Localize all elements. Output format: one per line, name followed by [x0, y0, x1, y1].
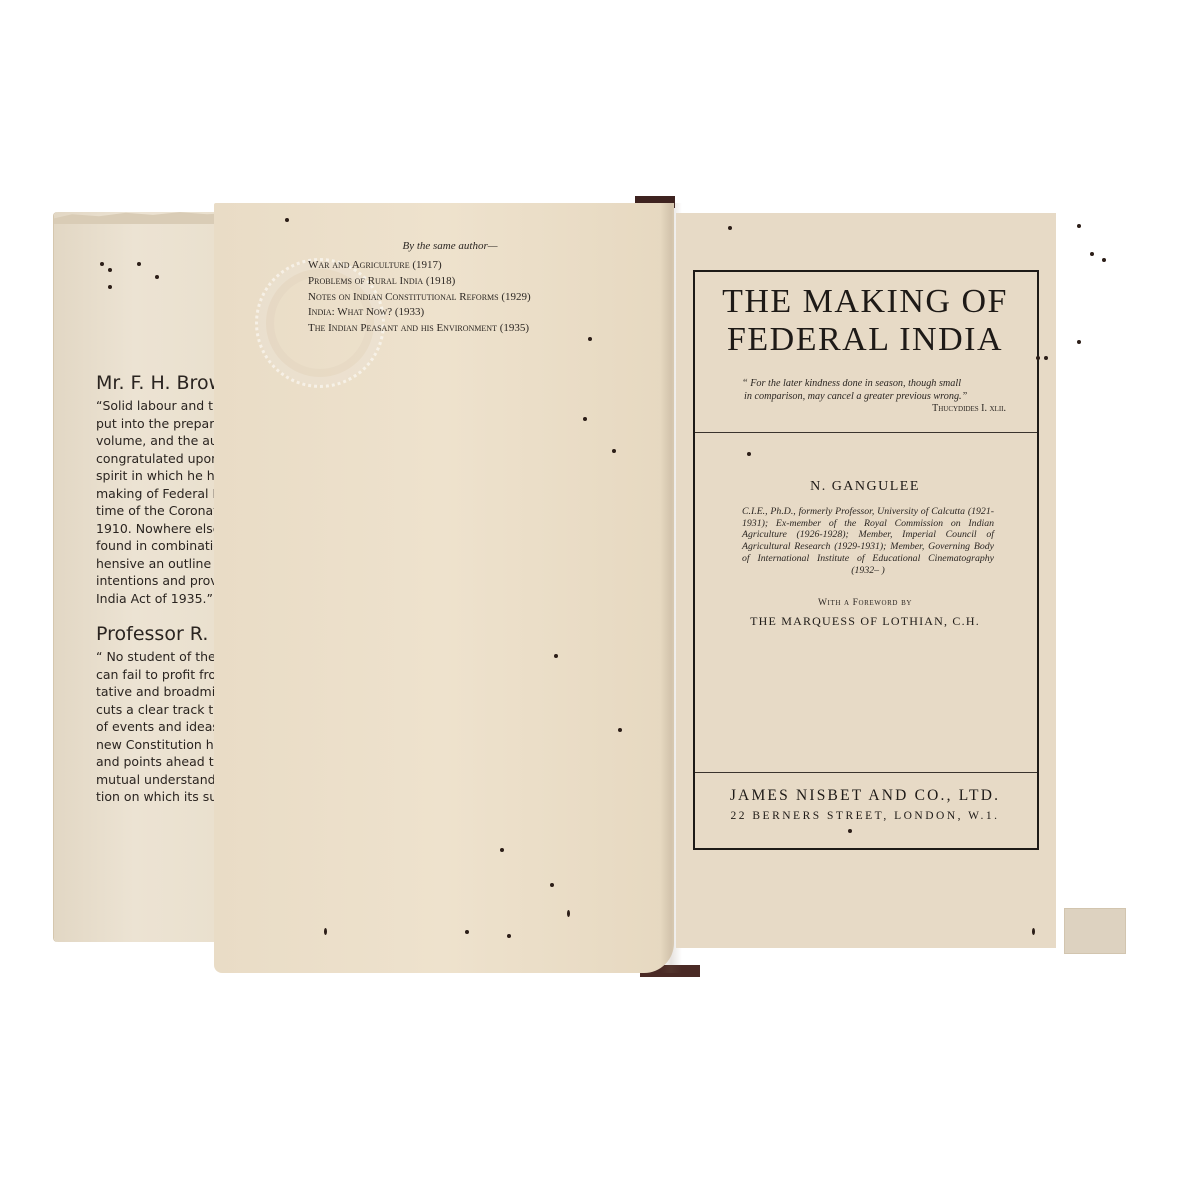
foxing-spot [1032, 928, 1035, 935]
list-item: Problems of Rural India (1918) [308, 274, 578, 290]
foxing-spot [1077, 340, 1081, 344]
foxing-spot [728, 226, 732, 230]
foxing-spot [100, 262, 104, 266]
book-title: THE MAKING OF FEDERAL INDIA [700, 283, 1030, 359]
list-item: War and Agriculture (1917) [308, 258, 578, 274]
foxing-spot [1044, 356, 1048, 360]
foxing-spot [108, 268, 112, 272]
foreword-label: With a Foreword by [700, 598, 1030, 608]
foxing-spot [554, 654, 558, 658]
sticker-residue [1064, 908, 1126, 954]
author-credentials: C.I.E., Ph.D., formerly Professor, Unive… [742, 506, 994, 576]
title-line-1: THE MAKING OF [700, 283, 1030, 321]
epigraph-line: “ For the later kindness done in season,… [728, 378, 1018, 391]
foxing-spot [747, 452, 751, 456]
divider [695, 432, 1037, 433]
foxing-spot [848, 829, 852, 833]
foxing-spot [588, 337, 592, 341]
list-heading: By the same author— [308, 240, 578, 252]
foxing-spot [500, 848, 504, 852]
foreword-author: THE MARQUESS OF LOTHIAN, C.H. [700, 614, 1030, 629]
foxing-spot [324, 928, 327, 935]
epigraph: “ For the later kindness done in season,… [728, 378, 1018, 416]
foxing-spot [465, 930, 469, 934]
foxing-spot [137, 262, 141, 266]
publisher-address: 22 BERNERS STREET, LONDON, W.1. [700, 810, 1030, 822]
foxing-spot [1090, 252, 1094, 256]
foxing-spot [1102, 258, 1106, 262]
foxing-spot [1036, 356, 1040, 360]
epigraph-line: in comparison, may cancel a greater prev… [728, 391, 1018, 404]
foxing-spot [550, 883, 554, 887]
foxing-spot [618, 728, 622, 732]
list-item: India: What Now? (1933) [308, 305, 578, 321]
foxing-spot [155, 275, 159, 279]
by-same-author-list: By the same author— War and Agriculture … [308, 240, 578, 337]
foxing-spot [583, 417, 587, 421]
foxing-spot [507, 934, 511, 938]
list-item: The Indian Peasant and his Environment (… [308, 321, 578, 337]
title-line-2: FEDERAL INDIA [700, 321, 1030, 359]
epigraph-source: Thucydides I. xlii. [728, 403, 1018, 416]
author-name: N. GANGULEE [700, 479, 1030, 495]
foxing-spot [285, 218, 289, 222]
foxing-spot [108, 285, 112, 289]
divider [695, 772, 1037, 773]
list-item: Notes on Indian Constitutional Reforms (… [308, 290, 578, 306]
foxing-spot [567, 910, 570, 917]
publisher-name: JAMES NISBET AND CO., LTD. [700, 787, 1030, 805]
foxing-spot [1077, 224, 1081, 228]
foxing-spot [612, 449, 616, 453]
